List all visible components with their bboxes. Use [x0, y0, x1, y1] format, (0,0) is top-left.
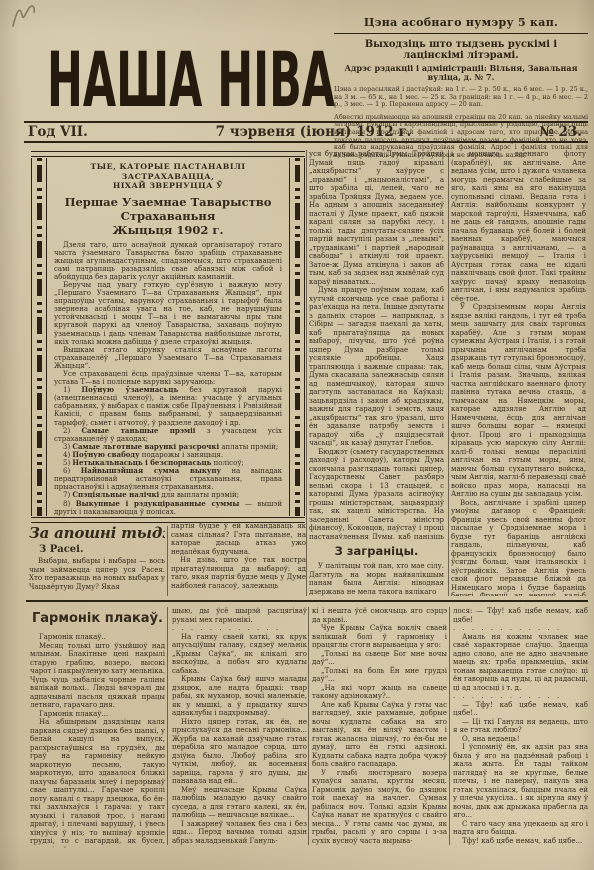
- ad-kicker-line1: ТЫЕ, КАТОРЫЕ ПАСТАНАВІЛІ ЗАСТРАХАВАЦЦА,: [54, 162, 282, 181]
- ad-title-line1: Першае Узаемнае Таварыство Страхаваньня: [54, 195, 282, 223]
- story-paragraph: Гармонік плакаў..: [30, 633, 165, 642]
- story-paragraph: На ганку сваей хаткі, як крук апусьціўшы…: [172, 633, 307, 676]
- dateline: Год VII. 7 чэрвеня (іюня) 1912 г. № 23.: [24, 121, 588, 143]
- masthead-logo: НАША НІВА: [46, 30, 338, 120]
- week-review: За апошні тыдзень. З Расеі. Выбары, выба…: [29, 524, 165, 600]
- article-paragraph: і моцнаго ваеннаго флоту (караблёў), як …: [451, 150, 586, 303]
- story-paragraph: О, яна ведаець!: [453, 735, 588, 744]
- story-column-1: Гармонік плакаў. Гармонік плакаў.. Месяц…: [30, 607, 165, 848]
- article-paragraph: Вось, англічане і зрабілі цяпер умоўны д…: [451, 499, 586, 597]
- story-paragraph: „Толькі на боль Ён мне грудзі даў“...: [312, 667, 447, 684]
- ad-paragraph: Дзеля таго, што аснаўной думкай організа…: [54, 241, 282, 281]
- story-paragraph: Крывы Саўка быў яшчэ малады дзяцюк, але …: [172, 675, 307, 718]
- story-paragraph: кі і нешта ўсё смокчыць яго сэрцэ да кры…: [312, 607, 447, 624]
- ad-kicker-line2: НІХАЙ ЗВЕРНУЦЦА Ў: [54, 181, 282, 191]
- story-paragraph: Гармонік плакаў...: [30, 710, 165, 719]
- ad-paragraph: Вышкам гэтаго кірунку сталіся аснаўные л…: [54, 346, 282, 370]
- frequency-line: Выходзіць што тыдзень рускімі і лацінскі…: [334, 39, 588, 61]
- story-paragraph: С таго часу яна уцекаець ад яго і надта …: [453, 820, 588, 837]
- article-paragraph: уся будучая работа Думы. Трэйцяй Думай п…: [309, 150, 444, 286]
- story-paragraph: „Толькі на сьвеце Бог мне вочы даў“...: [312, 650, 447, 667]
- story-paragraph: — Тфу! каб цябе немач, каб цябе!..: [453, 701, 588, 718]
- story-paragraph: Амаль ня кожны чэлавек мае сваё характэр…: [453, 633, 588, 693]
- story-column-4: лося: — Тфу! каб цябе немач, каб цябе! .…: [453, 607, 588, 848]
- story-heading: Гармонік плакаў.: [30, 611, 165, 626]
- ad-list-item: 6) Найвышэйшая сумма выкупу на выпадак п…: [54, 467, 282, 491]
- issue-number: № 23.: [539, 124, 582, 140]
- column-abroad: і моцнаго ваеннаго флоту (караблёў), як …: [451, 150, 586, 596]
- story-paragraph: Але каб Крывы Саўка ў гэты час наглядзеў…: [312, 701, 447, 769]
- insurance-ad: ТЫЕ, КАТОРЫЕ ПАСТАНАВІЛІ ЗАСТРАХАВАЦЦА, …: [31, 151, 305, 523]
- ad-list-item: 2) Самые таньшые прэміі з учасьцем усіх …: [54, 427, 282, 443]
- story-column-3: кі і нешта ўсё смокчыць яго сэрцэ да кры…: [312, 607, 447, 848]
- duma-text: уся будучая работа Думы. Трэйцяй Думай п…: [309, 150, 444, 539]
- section-heading-week: За апошні тыдзень.: [29, 524, 165, 542]
- article-paragraph: У палітыцы той пан, хто мае сілу. Дагэту…: [309, 562, 444, 596]
- ornament-border-right-icon: [289, 158, 305, 516]
- dotted-separator: . . . . . . . . . . . .: [453, 624, 588, 633]
- article-paragraph: Бюджэт (сьмету гасударственных даходоў і…: [309, 448, 444, 540]
- story-paragraph: І зажарнеў чэлавек без сна і без яды... …: [172, 820, 307, 846]
- volume-year: Год VII.: [28, 124, 88, 140]
- column-duma: уся будучая работа Думы. Трэйцяй Думай п…: [309, 150, 444, 596]
- ad-paragraph: Беручы пад увагу гэткую сур'ёзную і важн…: [54, 281, 282, 346]
- ad-list-intro: Усе страхавацелі ёсць праўдзівые члены Т…: [54, 370, 282, 386]
- week-review-continued: партія будзе ў ей камандаваць як самая с…: [171, 522, 306, 600]
- story-paragraph: — Ці ткі Гануля ня ведаець, што я яе гэт…: [453, 718, 588, 735]
- dotted-separator: . . . . . . . . . . . .: [172, 624, 307, 633]
- story-paragraph: Чуе Крывы Саўка вокліч сваей вялікшай бо…: [312, 624, 447, 650]
- story-paragraph: У глыбі люстэрнаго возера купаўся залаты…: [312, 769, 447, 846]
- story-paragraph: Тфу! каб цябе немач, каб цябе...: [453, 837, 588, 846]
- column-divider: [308, 607, 309, 845]
- story-paragraph: Месяц толькі што ўзыйшоў над млынам. Бла…: [30, 642, 165, 710]
- article-paragraph: Выбары, выбары і выбары — вось чым займа…: [29, 557, 165, 591]
- price-notice: Цэна асобнаго нумэру 5 кап.: [334, 16, 588, 34]
- column-divider: [449, 607, 450, 845]
- story-paragraph: Меў нешчасьце Крывы Саўка палюбіць малад…: [172, 786, 307, 820]
- section-heading-russia: З Расеі.: [39, 544, 165, 555]
- ornament-border-left-icon: [31, 158, 47, 516]
- story-paragraph: шыю, ды ўсё шырэй расцягіваў рукамі мех …: [172, 607, 307, 624]
- column-divider: [306, 150, 307, 596]
- section-heading-abroad: З заграніцы.: [309, 544, 444, 558]
- masthead: НАША НІВА: [46, 30, 338, 124]
- handwritten-mark: [8, 2, 42, 32]
- section-divider-rule: [26, 600, 588, 602]
- story-paragraph: Ніхто цяпер гэтак, як ён, не прыслухаўся…: [172, 718, 307, 786]
- dotted-separator: . . . . . . . . . . . .: [453, 692, 588, 701]
- ad-list-item: 8) Выкупные і рэдукціраванные суммы — вы…: [54, 500, 282, 516]
- article-paragraph: Ў Срэдзіземным моры Англія вядзе вялікі …: [451, 303, 586, 499]
- ad-title-line2: Жыцьця 1902 г.: [54, 223, 282, 237]
- column-divider: [167, 607, 168, 845]
- story-paragraph: лося: — Тфу! каб цябе немач, каб цябе!: [453, 607, 588, 624]
- masthead-title: НАША НІВА: [47, 35, 335, 120]
- issue-date: 7 чэрвеня (іюня) 1912 г.: [216, 124, 412, 140]
- story-paragraph: „На які чорт жыць на сьвеце такому адзін…: [312, 684, 447, 701]
- newspaper-page: НАША НІВА Цэна асобнаго нумэру 5 кап. Вы…: [0, 0, 594, 870]
- article-paragraph: Дума працуе поўным ходам, каб хутчэй ско…: [309, 286, 444, 448]
- story-column-2: шыю, ды ўсё шырэй расцягіваў рукамі мех …: [172, 607, 307, 848]
- article-paragraph: партія будзе ў ей камандаваць як самая с…: [171, 522, 306, 556]
- article-paragraph: Ня дзіва, што ўсе так востра прыгатаўляю…: [171, 556, 306, 590]
- ad-content: ТЫЕ, КАТОРЫЕ ПАСТАНАВІЛІ ЗАСТРАХАВАЦЦА, …: [47, 157, 289, 517]
- column-divider: [167, 526, 168, 596]
- address-line: Адрэс рэдакціі і адміністраціі: Вільня, …: [334, 64, 588, 82]
- story-paragraph: І ўспомніў ён, як адзін раз яна была ў я…: [453, 743, 588, 820]
- ad-list-item: 1) Поўную ўзаемнасьць без кругавой парук…: [54, 386, 282, 426]
- story-paragraph: На абшырным дзядзінцы каля паркана сядзе…: [30, 718, 165, 848]
- subscription-rates: Цэна з перасылкай і дастаўкай: на 1 г. —…: [334, 86, 588, 109]
- column-divider: [448, 150, 449, 596]
